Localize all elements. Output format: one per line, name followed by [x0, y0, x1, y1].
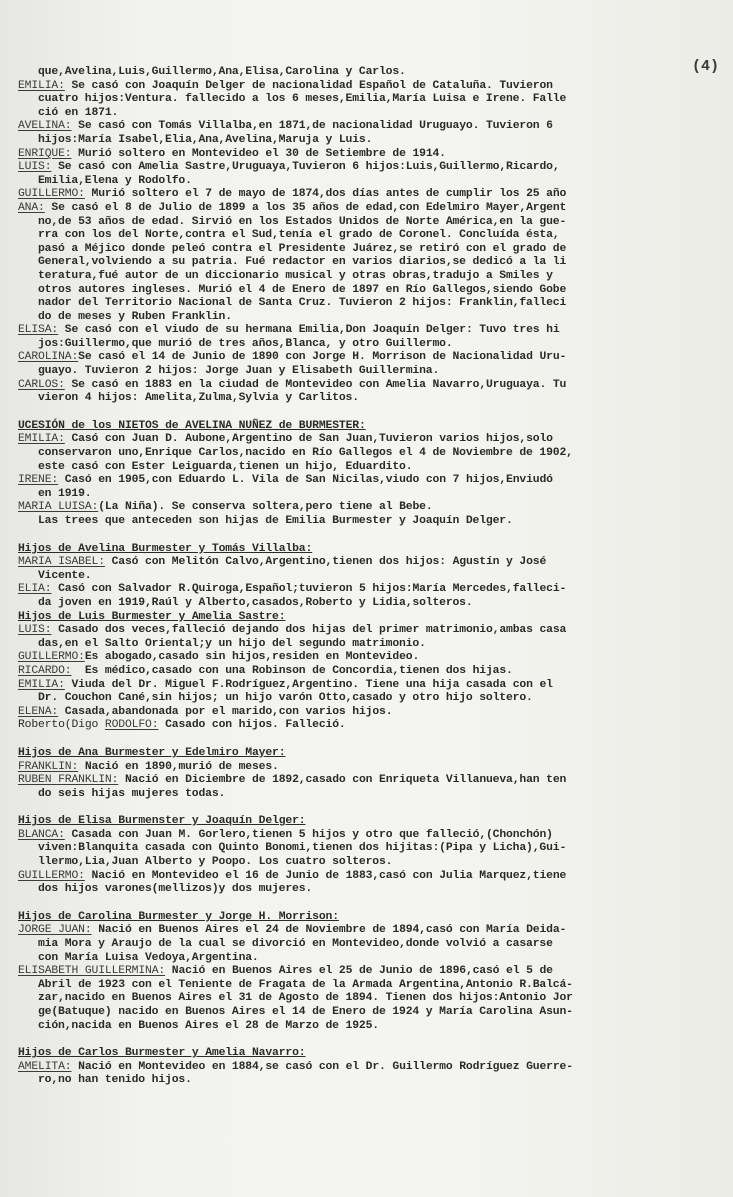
person-entry: EMILIA: Viuda del Dr. Miguel F.Rodríguez…: [18, 679, 730, 706]
text-line: das,en el Salto Oriental;y un hijo del s…: [18, 638, 730, 652]
person-entry: AVELINA: Se casó con Tomás Villalba,en 1…: [18, 120, 730, 147]
text-line: ción,nacida en Buenos Aires el 28 de Mar…: [18, 1020, 730, 1034]
entry-text: Se casó con el viudo de su hermana Emili…: [58, 324, 559, 336]
entry-text: Es abogado,casado sin hijos,residen en M…: [85, 651, 419, 663]
person-entry: JORGE JUAN: Nació en Buenos Aires el 24 …: [18, 924, 730, 965]
person-entry: ELISABETH GUILLERMINA: Nació en Buenos A…: [18, 965, 730, 1033]
text-line: Hijos de Ana Burmester y Edelmiro Mayer:: [18, 747, 730, 761]
person-label: CAROLINA:: [18, 351, 78, 363]
section-heading: Hijos de Carolina Burmester y Jorge H. M…: [18, 911, 730, 925]
text-line: cuatro hijos:Ventura. fallecido a los 6 …: [18, 93, 730, 107]
text-line: EMILIA: Casó con Juan D. Aubone,Argentin…: [18, 433, 730, 447]
entry-text: Nació en Montevideo el 16 de Junio de 18…: [85, 870, 566, 882]
document-page: (4) que,Avelina,Luis,Guillermo,Ana,Elisa…: [0, 0, 733, 1197]
text-line: Emilia,Elena y Rodolfo.: [18, 175, 730, 189]
section-heading: Hijos de Luis Burmester y Amelia Sastre:: [18, 611, 730, 625]
text-line: guayo. Tuvieron 2 hijos: Jorge Juan y El…: [18, 365, 730, 379]
person-entry: GUILLERMO: Murió soltero el 7 de mayo de…: [18, 188, 730, 202]
entry-text: Nació en Diciembre de 1892,casado con En…: [118, 774, 566, 786]
text-line: con María Luisa Vedoya,Argentina.: [18, 952, 730, 966]
person-label: ANA:: [18, 202, 45, 214]
entry-text: Casado con hijos. Falleció.: [158, 719, 345, 731]
text-line: vieron 4 hijos: Amelita,Zulma,Sylvia y C…: [18, 392, 730, 406]
person-label: ELENA:: [18, 706, 58, 718]
person-entry: LUIS: Casado dos veces,falleció dejando …: [18, 624, 730, 651]
person-entry: LUIS: Se casó con Amelia Sastre,Uruguaya…: [18, 161, 730, 188]
person-entry: ELIA: Casó con Salvador R.Quiroga,Españo…: [18, 583, 730, 610]
text-line: EMILIA: Se casó con Joaquín Delger de na…: [18, 80, 730, 94]
text-line: LUIS: Casado dos veces,falleció dejando …: [18, 624, 730, 638]
text-line: JORGE JUAN: Nació en Buenos Aires el 24 …: [18, 924, 730, 938]
text-line: Hijos de Luis Burmester y Amelia Sastre:: [18, 611, 730, 625]
entry-text: Es médico,casado con una Robinson de Con…: [71, 665, 512, 677]
text-line: ELISABETH GUILLERMINA: Nació en Buenos A…: [18, 965, 730, 979]
text-line: hijos:María Isabel,Elia,Ana,Avelina,Maru…: [18, 134, 730, 148]
text-line: Las trees que anteceden son hijas de Emi…: [18, 515, 730, 529]
entry-text: Se casó con Tomás Villalba,en 1871,de na…: [71, 120, 552, 132]
person-entry: BLANCA: Casada con Juan M. Gorlero,tiene…: [18, 829, 730, 870]
person-label: GUILLERMO:: [18, 651, 85, 663]
text-line: UCESIÓN de los NIETOS de AVELINA NUÑEZ d…: [18, 420, 730, 434]
entry-text: Casó con Juan D. Aubone,Argentino de San…: [65, 433, 553, 445]
text-line: Hijos de Carlos Burmester y Amelia Navar…: [18, 1047, 730, 1061]
section-heading: Hijos de Avelina Burmester y Tomás Villa…: [18, 543, 730, 557]
text-line: General,volviendo a su patria. Fué redac…: [18, 256, 730, 270]
person-label: ELIA:: [18, 583, 51, 595]
text-line: GUILLERMO: Murió soltero el 7 de mayo de…: [18, 188, 730, 202]
paragraph-gap: [18, 801, 730, 815]
section-heading: UCESIÓN de los NIETOS de AVELINA NUÑEZ d…: [18, 420, 730, 434]
person-label: IRENE:: [18, 474, 58, 486]
person-entry: FRANKLIN: Nació en 1890,murió de meses.: [18, 761, 730, 775]
text-line: MARIA LUISA:(La Niña). Se conserva solte…: [18, 501, 730, 515]
entry-text: (La Niña). Se conserva soltera,pero tien…: [98, 501, 432, 513]
section-heading: Hijos de Ana Burmester y Edelmiro Mayer:: [18, 747, 730, 761]
text-line: no,de 53 años de edad. Sirvió en los Est…: [18, 216, 730, 230]
person-entry: MARIA LUISA:(La Niña). Se conserva solte…: [18, 501, 730, 528]
text-line: Roberto(Digo RODOLFO: Casado con hijos. …: [18, 719, 730, 733]
person-label: ENRIQUE:: [18, 148, 71, 160]
text-line: conservaron uno,Enrique Carlos,nacido en…: [18, 447, 730, 461]
person-label: GUILLERMO:: [18, 870, 85, 882]
text-line: Hijos de Elisa Burmenster y Joaquín Delg…: [18, 815, 730, 829]
entry-text: Casada,abandonada por el marido,con vari…: [58, 706, 392, 718]
text-line: jos:Guillermo,que murió de tres años,Bla…: [18, 338, 730, 352]
person-label: EMILIA:: [18, 433, 65, 445]
person-entry: Roberto(Digo RODOLFO: Casado con hijos. …: [18, 719, 730, 733]
entry-text: Nació en Buenos Aires el 24 de Noviembre…: [92, 924, 567, 936]
person-entry: CAROLINA:Se casó el 14 de Junio de 1890 …: [18, 351, 730, 378]
person-label: RICARDO:: [18, 665, 71, 677]
person-entry: ANA: Se casó el 8 de Julio de 1899 a los…: [18, 202, 730, 324]
person-entry: GUILLERMO: Nació en Montevideo el 16 de …: [18, 870, 730, 897]
text-line: RUBEN FRANKLIN: Nació en Diciembre de 18…: [18, 774, 730, 788]
person-label: RODOLFO:: [105, 719, 158, 731]
text-line: EMILIA: Viuda del Dr. Miguel F.Rodríguez…: [18, 679, 730, 693]
person-label: AVELINA:: [18, 120, 71, 132]
text-line: viven:Blanquita casada con Quinto Bonomi…: [18, 842, 730, 856]
person-entry: EMILIA: Se casó con Joaquín Delger de na…: [18, 80, 730, 121]
text-line: ENRIQUE: Murió soltero en Montevideo el …: [18, 148, 730, 162]
person-entry: RICARDO: Es médico,casado con una Robins…: [18, 665, 730, 679]
text-line: CARLOS: Se casó en 1883 en la ciudad de …: [18, 379, 730, 393]
text-line: ció en 1871.: [18, 107, 730, 121]
text-line: otros autores ingleses. Murió el 4 de En…: [18, 284, 730, 298]
entry-text: Murió soltero el 7 de mayo de 1874,dos d…: [85, 188, 566, 200]
entry-text: Casada con Juan M. Gorlero,tienen 5 hijo…: [65, 829, 553, 841]
section-heading: Hijos de Carlos Burmester y Amelia Navar…: [18, 1047, 730, 1061]
text-line: en 1919.: [18, 488, 730, 502]
paragraph-gap: [18, 406, 730, 420]
person-label: LUIS:: [18, 624, 51, 636]
text-line: ro,no han tenido hijos.: [18, 1074, 730, 1088]
entry-text: Se casó en 1883 en la ciudad de Montevid…: [65, 379, 566, 391]
text-line: llermo,Lia,Juan Alberto y Poopo. Los cua…: [18, 856, 730, 870]
entry-text: Se casó el 8 de Julio de 1899 a los 35 a…: [45, 202, 566, 214]
person-label: AMELITA:: [18, 1061, 71, 1073]
text-line: ge(Batuque) nacido en Buenos Aires el 14…: [18, 1006, 730, 1020]
person-label: EMILIA:: [18, 679, 65, 691]
entry-text: Casó en 1905,con Eduardo L. Vila de San …: [58, 474, 553, 486]
text-line: dos hijos varones(mellizos)y dos mujeres…: [18, 883, 730, 897]
continuation-text: que,Avelina,Luis,Guillermo,Ana,Elisa,Car…: [18, 66, 730, 80]
text-line: Vicente.: [18, 570, 730, 584]
entry-text: Se casó con Joaquín Delger de nacionalid…: [65, 80, 553, 92]
section-heading: Hijos de Elisa Burmenster y Joaquín Delg…: [18, 815, 730, 829]
person-entry: IRENE: Casó en 1905,con Eduardo L. Vila …: [18, 474, 730, 501]
text-line: do de meses y Ruben Franklin.: [18, 311, 730, 325]
text-line: CAROLINA:Se casó el 14 de Junio de 1890 …: [18, 351, 730, 365]
paragraph-gap: [18, 897, 730, 911]
text-line: da joven en 1919,Raúl y Alberto,casados,…: [18, 597, 730, 611]
person-entry: ENRIQUE: Murió soltero en Montevideo el …: [18, 148, 730, 162]
person-label: GUILLERMO:: [18, 188, 85, 200]
person-entry: CARLOS: Se casó en 1883 en la ciudad de …: [18, 379, 730, 406]
person-label: JORGE JUAN:: [18, 924, 92, 936]
entry-text: Se casó el 14 de Junio de 1890 con Jorge…: [78, 351, 566, 363]
text-line: pasó a Méjico donde peleó contra el Pres…: [18, 243, 730, 257]
entry-text: Nació en Buenos Aires el 25 de Junio de …: [165, 965, 553, 977]
entry-text: Viuda del Dr. Miguel F.Rodríguez,Argenti…: [65, 679, 553, 691]
text-line: ELENA: Casada,abandonada por el marido,c…: [18, 706, 730, 720]
text-line: ELISA: Se casó con el viudo de su herman…: [18, 324, 730, 338]
entry-text: Casó con Melitón Calvo,Argentino,tienen …: [105, 556, 546, 568]
person-label: FRANKLIN:: [18, 761, 78, 773]
text-line: LUIS: Se casó con Amelia Sastre,Uruguaya…: [18, 161, 730, 175]
person-label: ELISA:: [18, 324, 58, 336]
entry-text: Murió soltero en Montevideo el 30 de Set…: [71, 148, 445, 160]
text-line: MARIA ISABEL: Casó con Melitón Calvo,Arg…: [18, 556, 730, 570]
entry-text: Casado dos veces,falleció dejando dos hi…: [51, 624, 566, 636]
text-line: ELIA: Casó con Salvador R.Quiroga,Españo…: [18, 583, 730, 597]
text-line: Hijos de Avelina Burmester y Tomás Villa…: [18, 543, 730, 557]
entry-text: Se casó con Amelia Sastre,Uruguaya,Tuvie…: [51, 161, 559, 173]
person-entry: RUBEN FRANKLIN: Nació en Diciembre de 18…: [18, 774, 730, 801]
text-line: zar,nacido en Buenos Aires el 31 de Agos…: [18, 992, 730, 1006]
text-line: FRANKLIN: Nació en 1890,murió de meses.: [18, 761, 730, 775]
person-label: BLANCA:: [18, 829, 65, 841]
person-label: EMILIA:: [18, 80, 65, 92]
text-line: este casó con Ester Leiguarda,tienen un …: [18, 461, 730, 475]
paragraph-gap: [18, 1033, 730, 1047]
person-label: MARIA LUISA:: [18, 501, 98, 513]
person-entry: EMILIA: Casó con Juan D. Aubone,Argentin…: [18, 433, 730, 474]
text-line: teratura,fué autor de un diccionario mus…: [18, 270, 730, 284]
text-line: nador del Territorio Nacional de Santa C…: [18, 297, 730, 311]
person-label: RUBEN FRANKLIN:: [18, 774, 118, 786]
entry-text: Nació en 1890,murió de meses.: [78, 761, 279, 773]
text-line: AMELITA: Nació en Montevideo en 1884,se …: [18, 1061, 730, 1075]
person-label: CARLOS:: [18, 379, 65, 391]
entry-text: Casó con Salvador R.Quiroga,Español;tuvi…: [51, 583, 566, 595]
text-line: GUILLERMO: Nació en Montevideo el 16 de …: [18, 870, 730, 884]
person-label: ELISABETH GUILLERMINA:: [18, 965, 165, 977]
text-line: BLANCA: Casada con Juan M. Gorlero,tiene…: [18, 829, 730, 843]
text-line: RICARDO: Es médico,casado con una Robins…: [18, 665, 730, 679]
label-prefix: Roberto(Digo: [18, 719, 105, 731]
text-line: AVELINA: Se casó con Tomás Villalba,en 1…: [18, 120, 730, 134]
person-label: MARIA ISABEL:: [18, 556, 105, 568]
person-entry: AMELITA: Nació en Montevideo en 1884,se …: [18, 1061, 730, 1088]
typewritten-genealogy-text: que,Avelina,Luis,Guillermo,Ana,Elisa,Car…: [18, 66, 730, 1088]
paragraph-gap: [18, 529, 730, 543]
person-entry: ELENA: Casada,abandonada por el marido,c…: [18, 706, 730, 720]
person-entry: ELISA: Se casó con el viudo de su herman…: [18, 324, 730, 351]
text-line: do seis hijas mujeres todas.: [18, 788, 730, 802]
person-entry: MARIA ISABEL: Casó con Melitón Calvo,Arg…: [18, 556, 730, 583]
person-entry: GUILLERMO:Es abogado,casado sin hijos,re…: [18, 651, 730, 665]
text-line: rra con los del Norte,contra el Sud,tení…: [18, 229, 730, 243]
text-line: Hijos de Carolina Burmester y Jorge H. M…: [18, 911, 730, 925]
text-line: que,Avelina,Luis,Guillermo,Ana,Elisa,Car…: [18, 66, 730, 80]
text-line: GUILLERMO:Es abogado,casado sin hijos,re…: [18, 651, 730, 665]
text-line: Dr. Couchon Cané,sin hijos; un hijo varó…: [18, 692, 730, 706]
text-line: mia Mora y Araujo de la cual se divorció…: [18, 938, 730, 952]
text-line: Abril de 1923 con el Teniente de Fragata…: [18, 979, 730, 993]
text-line: IRENE: Casó en 1905,con Eduardo L. Vila …: [18, 474, 730, 488]
text-line: ANA: Se casó el 8 de Julio de 1899 a los…: [18, 202, 730, 216]
paragraph-gap: [18, 733, 730, 747]
entry-text: Nació en Montevideo en 1884,se casó con …: [71, 1061, 572, 1073]
person-label: LUIS:: [18, 161, 51, 173]
